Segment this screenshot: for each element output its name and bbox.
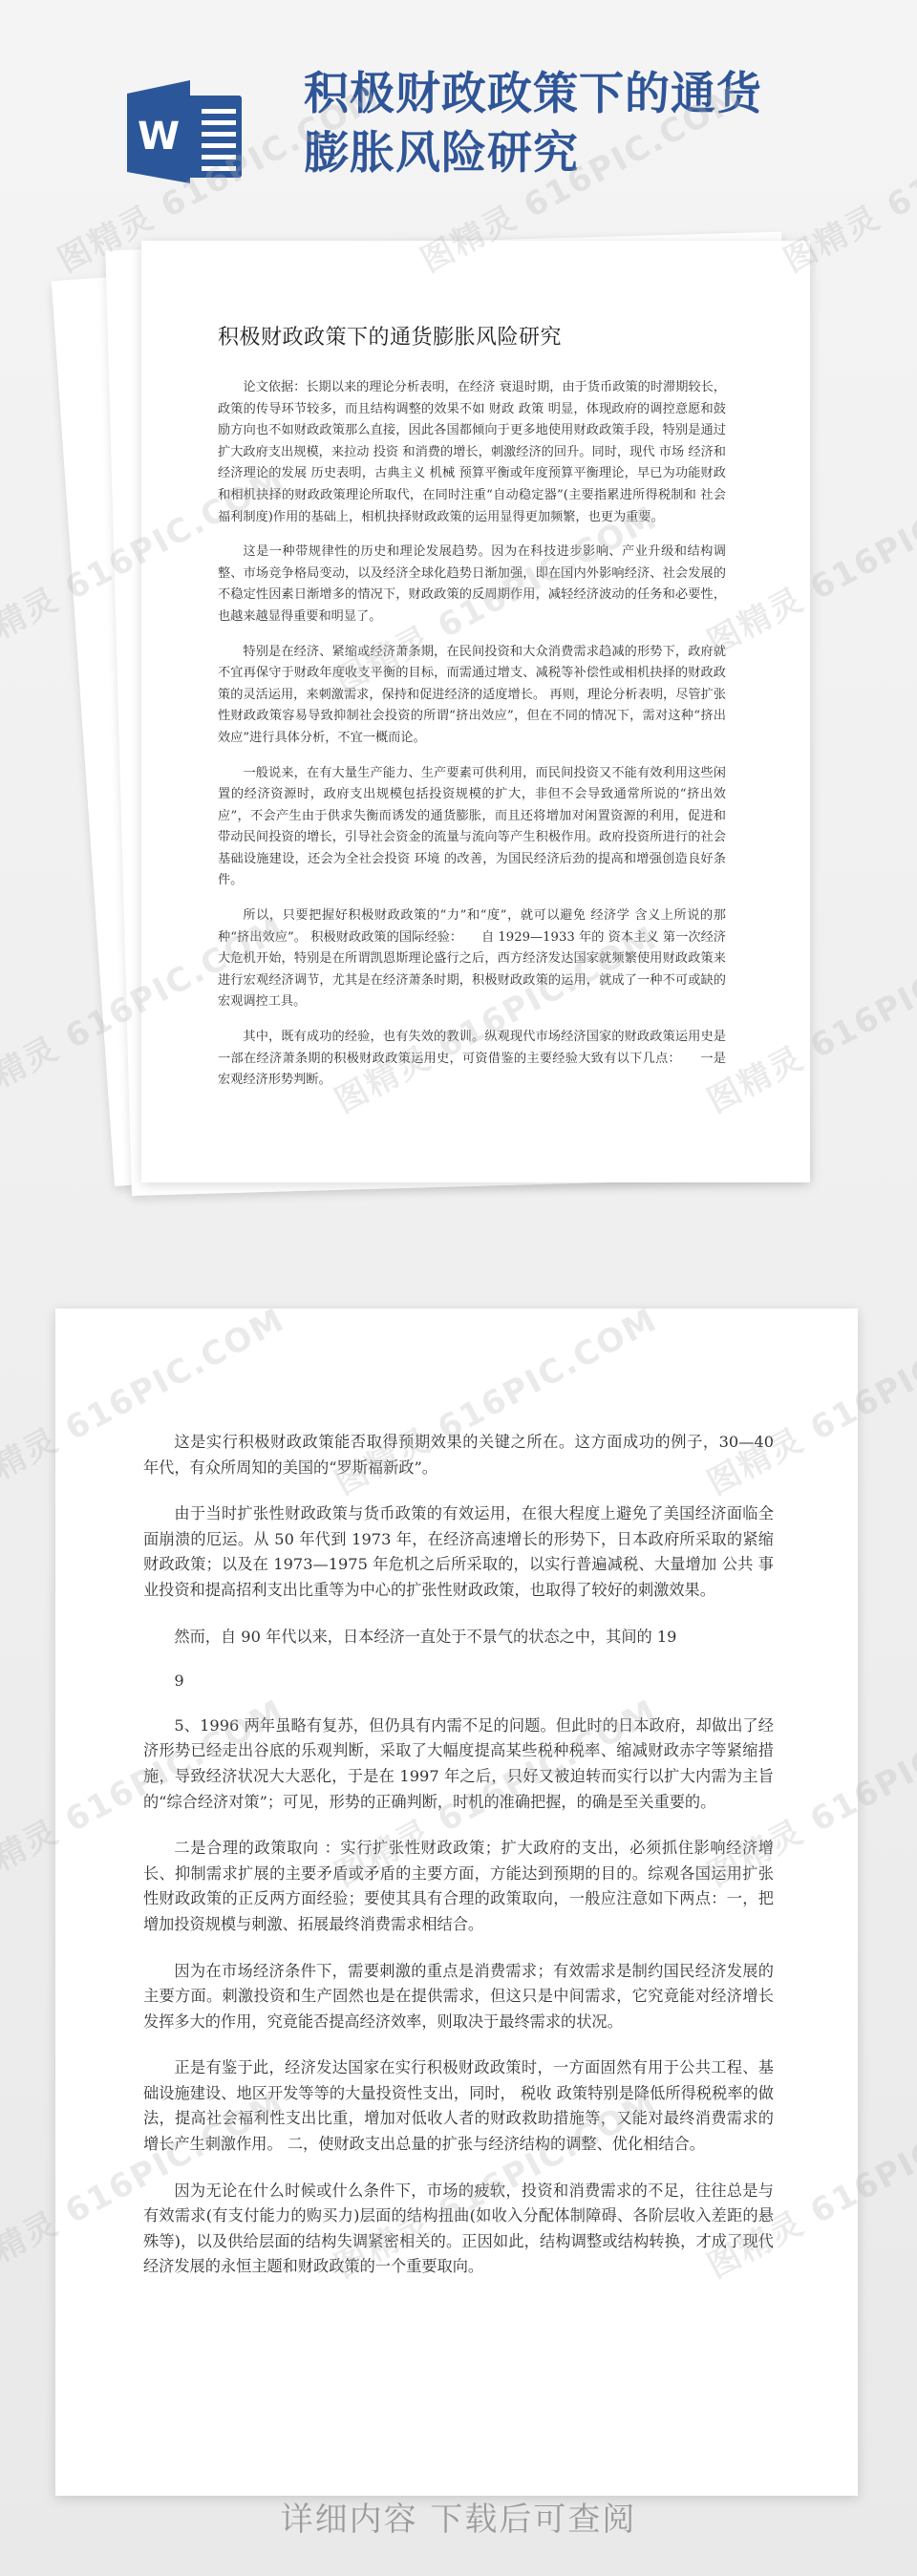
- paragraph: 9: [143, 1669, 774, 1694]
- paragraph: 这是实行积极财政政策能否取得预期效果的关键之所在。这方面成功的例子，30—40 …: [143, 1430, 774, 1480]
- paragraph: 二是合理的政策取向 ：实行扩张性财政政策；扩大政府的支出，必须抓住影响经济增长、…: [143, 1836, 774, 1937]
- page2-body: 这是实行积极财政政策能否取得预期效果的关键之所在。这方面成功的例子，30—40 …: [143, 1430, 774, 2301]
- paragraph: 一般说来，在有大量生产能力、生产要素可供利用，而民间投资又不能有效利用这些闲置的…: [218, 763, 726, 893]
- paragraph: 因为在市场经济条件下，需要刺激的重点是消费需求；有效需求是制约国民经济发展的主要…: [143, 1959, 774, 2035]
- word-document-icon: W: [127, 80, 245, 183]
- header-title-line1: 积极财政政策下的通货: [304, 65, 839, 124]
- header-title: 积极财政政策下的通货 膨胀风险研究: [304, 65, 839, 183]
- document-title: 积极财政政策下的通货膨胀风险研究: [218, 321, 562, 351]
- paragraph: 这是一种带规律性的历史和理论发展趋势。因为在科技进步影响、产业升级和结构调整、市…: [218, 542, 726, 628]
- paragraph: 由于当时扩张性财政政策与货币政策的有效运用，在很大程度上避免了美国经济面临全面崩…: [143, 1501, 774, 1603]
- page1-body: 论文依据：长期以来的理论分析表明，在经济 衰退时期，由于货币政策的时滞期较长，政…: [218, 377, 726, 1105]
- header-banner: W 积极财政政策下的通货 膨胀风险研究: [0, 0, 917, 229]
- paragraph: 所以，只要把握好积极财政政策的“力”和“度”，就可以避免 经济学 含义上所说的那…: [218, 905, 726, 1013]
- header-title-line2: 膨胀风险研究: [304, 124, 839, 183]
- paragraph: 然而，自 90 年代以来，日本经济一直处于不景气的状态之中，其间的 19: [143, 1625, 774, 1650]
- paragraph: 特别是在经济、紧缩或经济萧条期，在民间投资和大众消费需求趋减的形势下，政府就不宜…: [218, 642, 726, 750]
- paragraph: 正是有鉴于此，经济发达国家在实行积极财政政策时，一方面固然有用于公共工程、基础设…: [143, 2055, 774, 2157]
- paragraph: 其中，既有成功的经验，也有失效的教训。纵观现代市场经济国家的财政政策运用史是一部…: [218, 1027, 726, 1092]
- paragraph: 论文依据：长期以来的理论分析表明，在经济 衰退时期，由于货币政策的时滞期较长，政…: [218, 377, 726, 528]
- svg-text:W: W: [138, 115, 180, 159]
- download-prompt: 详细内容 下载后可查阅: [0, 2493, 917, 2540]
- paragraph: 因为无论在什么时候或什么条件下，市场的疲软，投资和消费需求的不足，往往总是与有效…: [143, 2179, 774, 2280]
- paragraph: 5、1996 两年虽略有复苏，但仍具有内需不足的问题。但此时的日本政府，却做出了…: [143, 1714, 774, 1815]
